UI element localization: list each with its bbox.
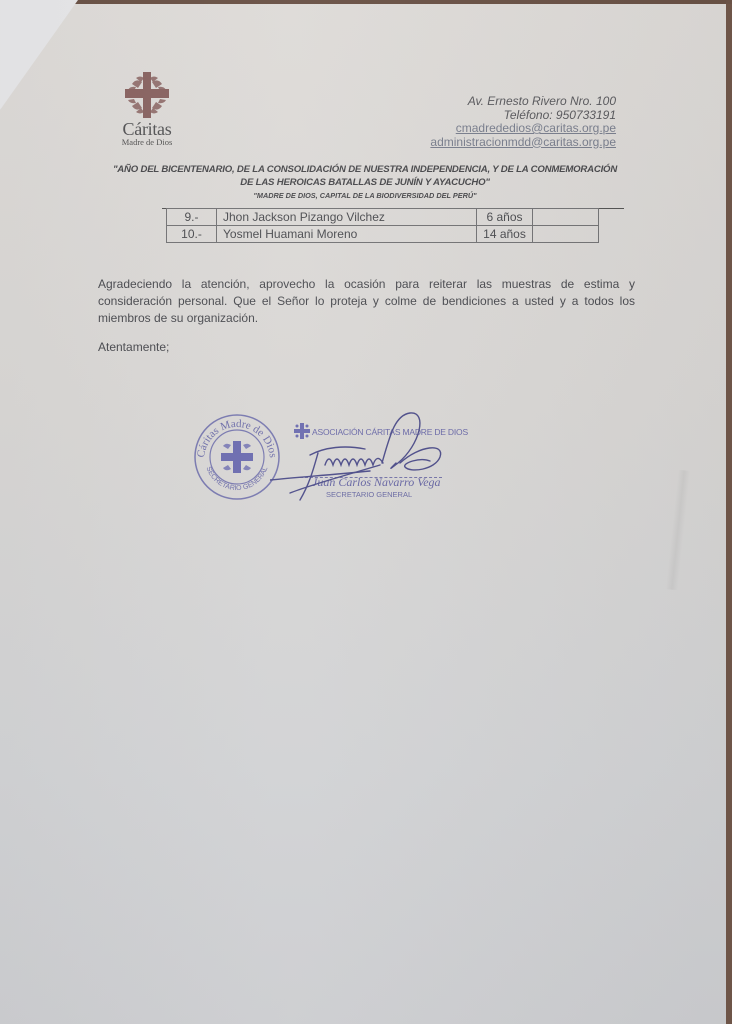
caritas-cross-icon: [221, 441, 253, 473]
closing-paragraph: Agradeciendo la atención, aprovecho la o…: [98, 276, 635, 327]
row-number: 9.-: [167, 209, 217, 226]
row-name: Yosmel Huamani Moreno: [217, 226, 477, 243]
phone: Teléfono: 950733191: [430, 109, 616, 123]
caritas-cross-icon: [122, 70, 172, 120]
official-seal: Cáritas Madre de Dios SECRETARIO GENERAL: [192, 410, 282, 502]
table-row: 10.- Yosmel Huamani Moreno 14 años: [167, 226, 599, 243]
table-row: 9.- Jhon Jackson Pizango Vilchez 6 años: [167, 209, 599, 226]
row-extra: [533, 209, 599, 226]
closing-salutation: Atentamente;: [98, 340, 169, 354]
row-age: 14 años: [477, 226, 533, 243]
motto-line-3: "MADRE DE DIOS, CAPITAL DE LA BIODIVERSI…: [95, 190, 635, 201]
row-extra: [533, 226, 599, 243]
logo-subtitle: Madre de Dios: [112, 137, 182, 147]
email-link-1[interactable]: cmadrededios@caritas.org.pe: [430, 122, 616, 136]
email-link-2[interactable]: administracionmdd@caritas.org.pe: [430, 136, 616, 150]
background-surface: [75, 0, 732, 4]
folded-sheet-corner: [0, 0, 80, 110]
official-motto: "AÑO DEL BICENTENARIO, DE LA CONSOLIDACI…: [95, 163, 635, 201]
row-name: Jhon Jackson Pizango Vilchez: [217, 209, 477, 226]
handwritten-signature: [270, 405, 470, 510]
row-age: 6 años: [477, 209, 533, 226]
caritas-logo: Cáritas Madre de Dios: [112, 70, 182, 147]
document-page: Cáritas Madre de Dios Av. Ernesto Rivero…: [0, 0, 726, 1024]
motto-line-2: DE LAS HEROICAS BATALLAS DE JUNÍN Y AYAC…: [95, 176, 635, 189]
paper-crease: [666, 470, 690, 591]
motto-line-1: "AÑO DEL BICENTENARIO, DE LA CONSOLIDACI…: [95, 163, 635, 176]
address: Av. Ernesto Rivero Nro. 100: [430, 95, 616, 109]
roster-table: 9.- Jhon Jackson Pizango Vilchez 6 años …: [166, 208, 599, 243]
row-number: 10.-: [167, 226, 217, 243]
contact-block: Av. Ernesto Rivero Nro. 100 Teléfono: 95…: [430, 95, 616, 149]
